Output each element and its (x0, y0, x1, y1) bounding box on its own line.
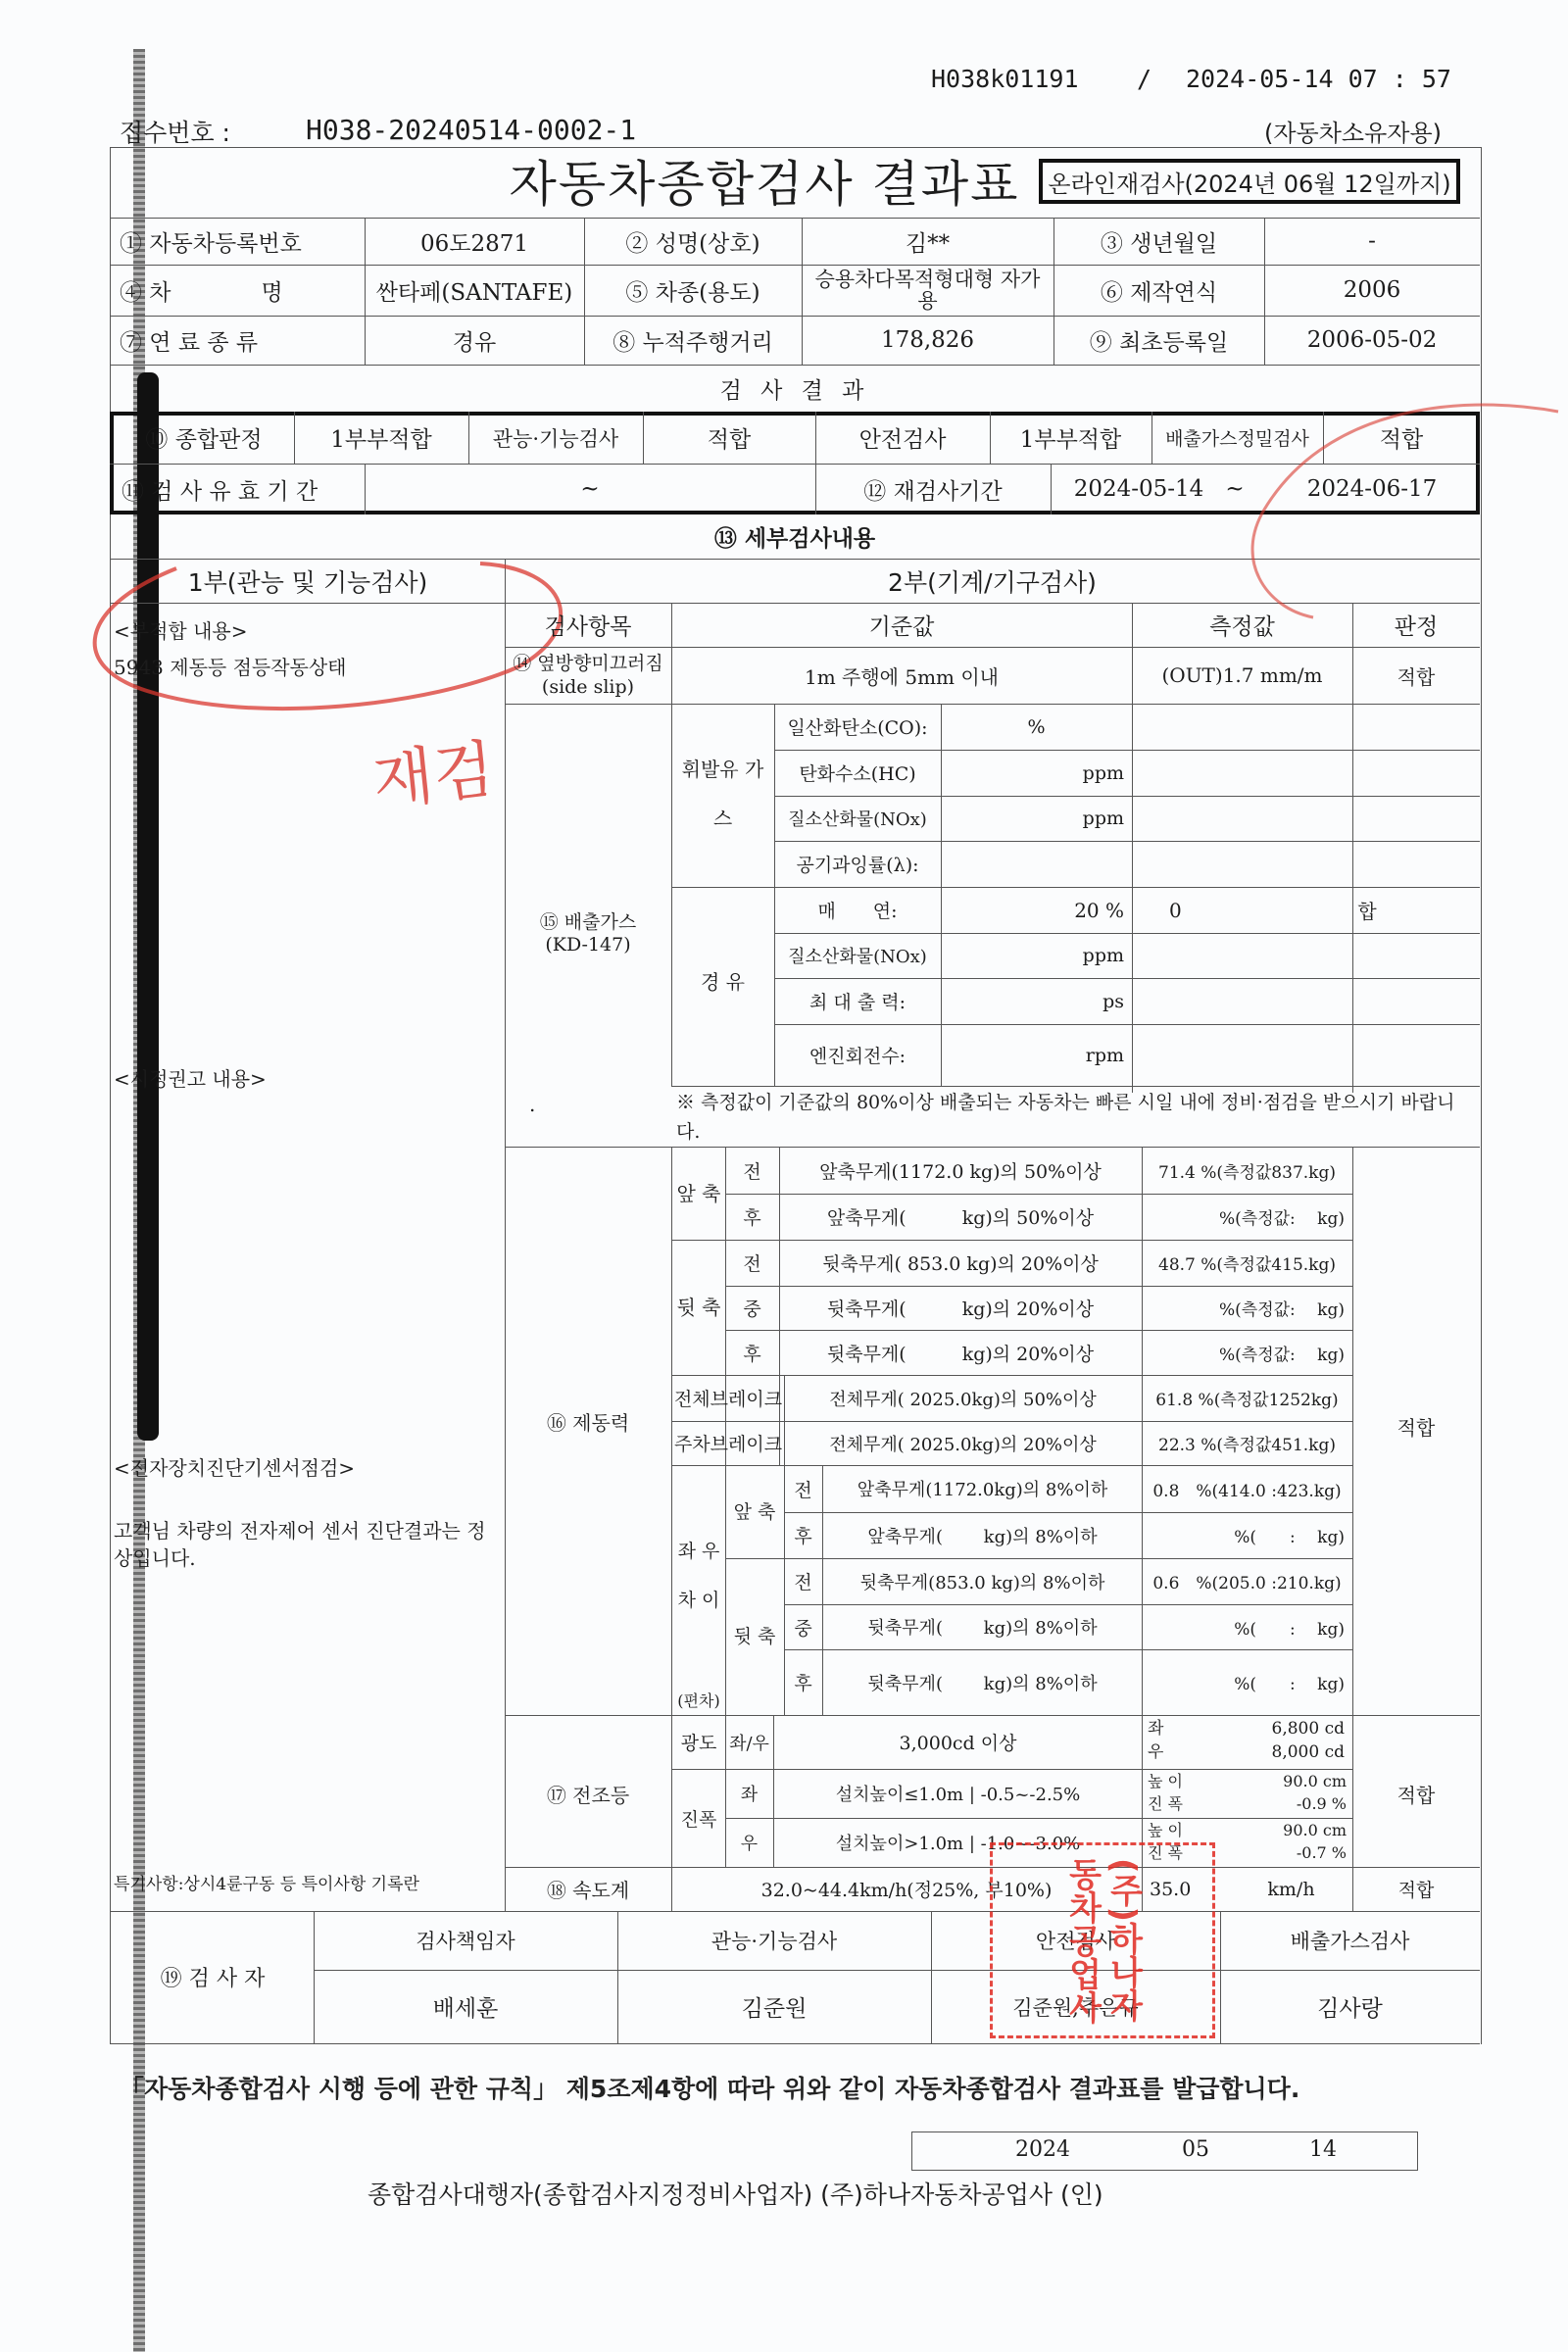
gas-nox-unit: ppm (941, 796, 1132, 841)
diff-front-label: 앞 축 (725, 1465, 784, 1558)
sensor-heading: <전자장치진단기센서점검> (114, 1452, 355, 1481)
axle-row-measured: %(측정값: kg) (1142, 1194, 1352, 1240)
axle-row-standard: 뒷축무게( kg)의 20%이상 (779, 1286, 1142, 1330)
col-item: 검사항목 (505, 603, 671, 647)
diesel-rpm-unit: rpm (941, 1024, 1132, 1086)
axle-row-standard: 뒷축무게( 853.0 kg)의 20%이상 (779, 1240, 1142, 1286)
fuel-type-value: 경유 (365, 316, 584, 365)
axle-row-measured: 71.4 %(측정값837.kg) (1142, 1147, 1352, 1194)
brake-verdict: 적합 (1352, 1401, 1480, 1450)
side-slip-measured: (OUT)1.7 mm/m (1132, 647, 1352, 704)
issue-month: 05 (1182, 2137, 1209, 2162)
gas-nox-name: 질소산화물(NOx) (774, 796, 941, 841)
name-function: 김준원 (617, 1970, 931, 2043)
car-name-value: 싼타페(SANTAFE) (365, 265, 584, 316)
first-reg-value: 2006-05-02 (1264, 316, 1480, 365)
rear-axle-label: 뒷 축 (672, 1240, 725, 1375)
gas-lambda-name: 공기과잉률(λ): (774, 841, 941, 887)
emission-note: ※ 측정값이 기준값의 80%이상 배출되는 자동차는 빠른 시일 내에 정비·… (672, 1088, 1476, 1147)
gas-co-unit: % (941, 704, 1132, 750)
car-type-label: ⑤ 차종(용도) (584, 265, 802, 316)
diesel-power-unit: ps (941, 978, 1132, 1024)
fuel-type-label: ⑦ 연 료 종 류 (112, 316, 365, 365)
reg-number-label: ① 자동차등록번호 (112, 218, 365, 265)
reg-number-value: 06도2871 (365, 218, 584, 265)
brightness-label: 광도 (672, 1715, 725, 1769)
func-check-label: 관능·기능검사 (468, 412, 643, 464)
diff-row-measured: 0.6 %(205.0 :210.kg) (1142, 1558, 1352, 1604)
axle-row-pos: 후 (725, 1194, 779, 1240)
side-slip-item: ⑭ 옆방향미끄러짐(side slip) (505, 647, 671, 704)
col-measured: 측정값 (1132, 603, 1352, 647)
axle-row-measured: 48.7 %(측정값415.kg) (1142, 1240, 1352, 1286)
diff-row-pos: 전 (784, 1465, 823, 1512)
col-verdict: 판정 (1352, 603, 1480, 647)
owner-name-label: ② 성명(상호) (584, 218, 802, 265)
front-axle-label: 앞 축 (672, 1147, 725, 1240)
gasoline-label: 휘발유 가스 (676, 745, 769, 843)
validity-label: ⑪ 검 사 유 효 기 간 (114, 464, 365, 514)
lr-diff-label: 좌 우 차 이 (672, 1465, 725, 1686)
safety-check-label: 안전검사 (815, 412, 990, 464)
aim-left-standard: 설치높이≤1.0m | -0.5~-2.5% (774, 1769, 1142, 1818)
validity-value: ~ (365, 464, 815, 514)
aim-left-amp-label: 진 폭 (1148, 1792, 1183, 1815)
diff-rear-label: 뒷 축 (725, 1558, 784, 1715)
axle-row-pos: 후 (725, 1330, 779, 1375)
total-brake-measured: 61.8 %(측정값1252kg) (1142, 1375, 1352, 1421)
aim-left-height-label: 높 이 (1148, 1770, 1183, 1792)
emission-item-name: ⑮ 배출가스 (540, 907, 636, 934)
diff-row-standard: 뒷축무게( kg)의 8%이하 (823, 1649, 1142, 1715)
diff-row-standard: 앞축무게( kg)의 8%이하 (823, 1512, 1142, 1558)
receipt-label: 접수번호 : (120, 114, 230, 149)
issuance-statement: 「자동차종합검사 시행 등에 관한 규칙」 제5조제4항에 따라 위와 같이 자… (120, 2070, 1482, 2105)
role-chief: 검사책임자 (314, 1911, 617, 1970)
axle-row-pos: 전 (725, 1147, 779, 1194)
birthdate-value: - (1264, 218, 1480, 265)
func-check-value: 적합 (643, 412, 815, 464)
diff-row-pos: 중 (784, 1604, 823, 1649)
diff-row-measured: %( : kg) (1142, 1512, 1352, 1558)
recheck-label: ⑫ 재검사기간 (815, 464, 1051, 514)
axle-row-standard: 앞축무게( kg)의 50%이상 (779, 1194, 1142, 1240)
doc-code: H038k01191 (931, 65, 1079, 93)
parking-brake-measured: 22.3 %(측정값451.kg) (1142, 1421, 1352, 1465)
diff-row-pos: 전 (784, 1558, 823, 1604)
aim-right-height: 90.0 cm (1283, 1819, 1347, 1841)
brightness-left-value: 6,800 cd (1272, 1717, 1345, 1740)
diff-row-standard: 앞축무게(1172.0kg)의 8%이하 (823, 1465, 1142, 1512)
name-emission: 김사랑 (1220, 1970, 1480, 2043)
speedo-item: ⑱ 속도계 (505, 1867, 671, 1911)
overall-verdict-value: 1부부적합 (294, 412, 468, 464)
diff-row-measured: %( : kg) (1142, 1649, 1352, 1715)
aim-left-measured: 높 이90.0 cm 진 폭-0.9 % (1142, 1770, 1352, 1817)
safety-check-value: 1부부적합 (990, 412, 1151, 464)
parking-brake-label: 주차브레이크 (672, 1421, 784, 1465)
inspectors-label: ⑲ 검 사 자 (112, 1911, 314, 2043)
name-chief: 배세훈 (314, 1970, 617, 2043)
page-title: 자동차종합검사 결과표 (490, 153, 1039, 208)
car-name-label: ④ 차 명 (112, 265, 365, 316)
special-note: 특기사항:상시4륜구동 등 특이사항 기록란 (114, 1870, 419, 1894)
emission-dot: . (529, 1093, 535, 1116)
diesel-label: 경 유 (676, 941, 769, 1019)
diesel-smoke-measured: 0 (1161, 887, 1352, 933)
headlamp-verdict: 적합 (1352, 1764, 1480, 1823)
printed-at: 2024-05-14 07 : 57 (1186, 65, 1451, 93)
company-seal: (주)하나자동차공업사 (990, 1842, 1215, 2038)
meta-separator: / (1137, 65, 1151, 93)
brightness-standard: 3,000cd 이상 (774, 1715, 1142, 1769)
brightness-measured: 좌6,800 cd 우8,000 cd (1142, 1717, 1352, 1768)
diesel-rpm-name: 엔진회전수: (774, 1024, 941, 1086)
diesel-smoke-name: 매 연: (774, 887, 941, 933)
recheck-handwriting: 재검 (368, 719, 499, 821)
diesel-nox-name: 질소산화물(NOx) (774, 933, 941, 978)
side-slip-verdict: 적합 (1352, 647, 1480, 704)
axle-row-standard: 뒷축무게( kg)의 20%이상 (779, 1330, 1142, 1375)
birthdate-label: ③ 생년월일 (1053, 218, 1264, 265)
axle-row-standard: 앞축무게(1172.0 kg)의 50%이상 (779, 1147, 1142, 1194)
issue-year: 2024 (1015, 2137, 1070, 2162)
diff-row-pos: 후 (784, 1512, 823, 1558)
overall-verdict-label: ⑩ 종합판정 (114, 412, 294, 464)
brightness-right-side: 우 (1148, 1740, 1163, 1764)
emission-item: ⑮ 배출가스 (KD-147) (505, 892, 671, 970)
issue-day: 14 (1309, 2137, 1337, 2162)
copy-type: (자동차소유자용) (1264, 114, 1442, 148)
advice-heading: <시정권고 내용> (114, 1063, 267, 1092)
mileage-value: 178,826 (802, 316, 1053, 365)
recheck-from: 2024-05-14 (1051, 464, 1227, 514)
diesel-nox-unit: ppm (941, 933, 1132, 978)
aim-left-height: 90.0 cm (1283, 1770, 1347, 1792)
issuer: 종합검사대행자(종합검사지정정비사업자) (주)하나자동차공업사 (인) (367, 2176, 1103, 2211)
aim-right-amp: -0.7 % (1297, 1841, 1347, 1864)
side-slip-standard: 1m 주행에 5mm 이내 (671, 647, 1132, 704)
first-reg-label: ⑨ 최초등록일 (1053, 316, 1264, 365)
speedo-verdict: 적합 (1352, 1867, 1480, 1911)
brake-item: ⑯ 제동력 (505, 1392, 671, 1450)
mileage-label: ⑧ 누적주행거리 (584, 316, 802, 365)
diff-row-standard: 뒷축무게( kg)의 8%이하 (823, 1604, 1142, 1649)
diesel-smoke-verdict: 합 (1352, 887, 1382, 933)
aim-left-side: 좌 (725, 1769, 774, 1818)
gas-hc-unit: ppm (941, 750, 1132, 796)
brightness-side: 좌/우 (725, 1715, 774, 1769)
emission-item-code: (KD-147) (545, 934, 630, 955)
diesel-smoke-unit: 20 % (941, 887, 1132, 933)
car-type-value: 승용차다목적형대형 자가용 (811, 265, 1044, 316)
axle-row-measured: %(측정값: kg) (1142, 1330, 1352, 1375)
gas-co-name: 일산화탄소(CO): (774, 704, 941, 750)
axle-row-pos: 중 (725, 1286, 779, 1330)
diff-row-measured: %( : kg) (1142, 1604, 1352, 1649)
total-brake-label: 전체브레이크 (672, 1375, 784, 1421)
speedo-unit: km/h (1230, 1867, 1352, 1911)
parking-brake-standard: 전체무게( 2025.0kg)의 20%이상 (784, 1421, 1142, 1465)
red-pen-arc-icon (1205, 392, 1568, 627)
lr-diff-sub: (편차) (672, 1684, 725, 1715)
diff-row-measured: 0.8 %(414.0 :423.kg) (1142, 1465, 1352, 1512)
model-year-value: 2006 (1264, 265, 1480, 316)
col-standard: 기준값 (671, 603, 1132, 647)
receipt-number: H038-20240514-0002-1 (306, 114, 636, 146)
aim-label: 진폭 (672, 1769, 725, 1867)
total-brake-standard: 전체무게( 2025.0kg)의 50%이상 (784, 1375, 1142, 1421)
role-emission: 배출가스검사 (1220, 1911, 1480, 1970)
brightness-right-value: 8,000 cd (1272, 1740, 1345, 1764)
headlamp-item: ⑰ 전조등 (505, 1764, 671, 1823)
model-year-label: ⑥ 제작연식 (1053, 265, 1264, 316)
axle-row-measured: %(측정값: kg) (1142, 1286, 1352, 1330)
diff-row-pos: 후 (784, 1649, 823, 1715)
online-recheck-badge: 온라인재검사(2024년 06월 12일까지) (1039, 159, 1460, 204)
aim-right-height-label: 높 이 (1148, 1819, 1183, 1841)
role-function: 관능·기능검사 (617, 1911, 931, 1970)
axle-row-pos: 전 (725, 1240, 779, 1286)
aim-left-amp: -0.9 % (1297, 1792, 1347, 1815)
brightness-left-side: 좌 (1148, 1717, 1163, 1740)
issue-date-box: 2024 05 14 (911, 2131, 1418, 2171)
aim-right-side: 우 (725, 1818, 774, 1867)
diff-row-standard: 뒷축무게(853.0 kg)의 8%이하 (823, 1558, 1142, 1604)
gas-hc-name: 탄화수소(HC) (774, 750, 941, 796)
sensor-text: 고객님 차량의 전자제어 센서 진단결과는 정상입니다. (114, 1517, 496, 1572)
diesel-power-name: 최 대 출 력: (774, 978, 941, 1024)
owner-name-value: 김** (802, 218, 1053, 265)
